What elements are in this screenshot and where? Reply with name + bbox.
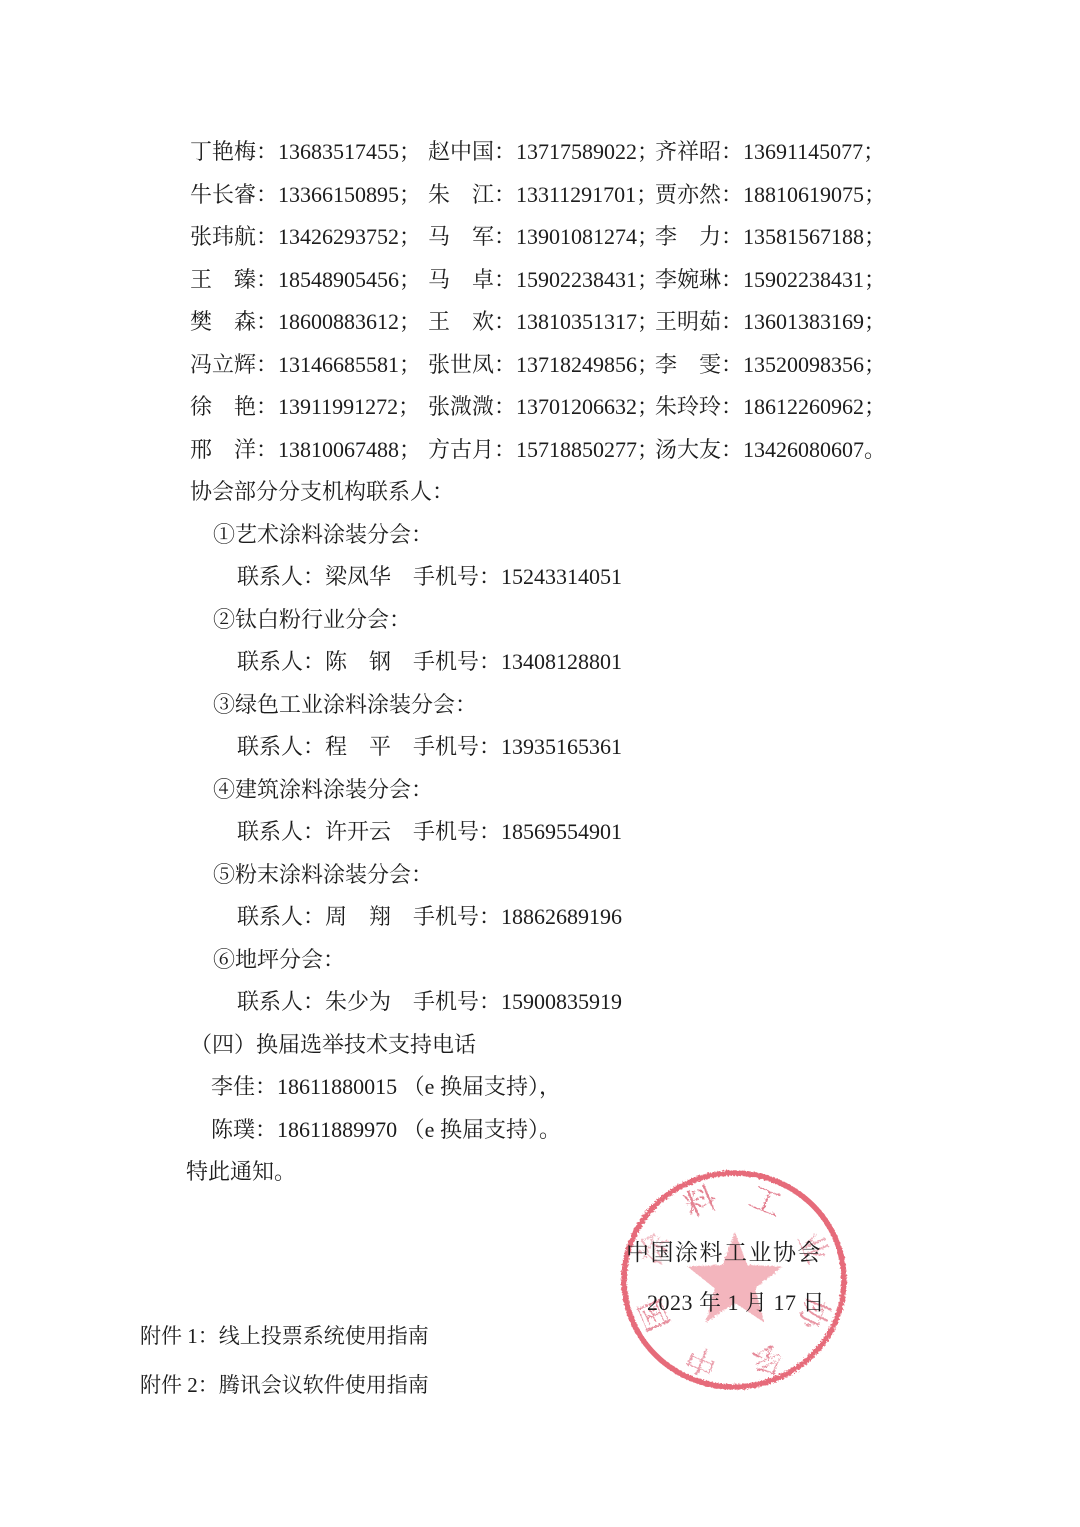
closing-note: 特此通知。 (0, 1151, 1080, 1194)
association-seal: 中国涂料工业协会 (617, 1166, 851, 1396)
branch-title: ②钛白粉行业分会： (0, 599, 1080, 642)
branch-title: ⑥地坪分会： (0, 939, 1080, 982)
branch-contact: 联系人：朱少为 手机号：15900835919 (0, 981, 1080, 1024)
contact-entry: 齐祥昭：13691145077； (655, 131, 895, 174)
contact-entry: 张溦溦：13701206632； (428, 386, 655, 429)
branch-title: ③绿色工业涂料涂装分会： (0, 684, 1080, 727)
contact-entry: 李婉琳：15902238431； (655, 259, 895, 302)
contact-entry: 樊 森：18600883612； (190, 301, 428, 344)
branch-title: ⑤粉末涂料涂装分会： (0, 854, 1080, 897)
contact-entry: 朱玲玲：18612260962； (655, 386, 895, 429)
contact-entry: 贾亦然：18810619075； (655, 174, 895, 217)
contact-entry: 张世凤：13718249856； (428, 344, 655, 387)
contact-entry: 汤大友：13426080607。 (655, 429, 895, 472)
branch-contact: 联系人：周 翔 手机号：18862689196 (0, 896, 1080, 939)
attachment-item: 附件 1：线上投票系统使用指南 (140, 1312, 429, 1361)
attachments: 附件 1：线上投票系统使用指南附件 2：腾讯会议软件使用指南 (140, 1312, 429, 1410)
branch-contact: 联系人：许开云 手机号：18569554901 (0, 811, 1080, 854)
contact-entry: 李 雯：13520098356； (655, 344, 895, 387)
support-entry: 陈璞：18611889970 （e 换届支持）。 (0, 1109, 1080, 1152)
contact-entry: 方古月：15718850277； (428, 429, 655, 472)
branch-contact: 联系人：程 平 手机号：13935165361 (0, 726, 1080, 769)
contact-entry: 牛长睿：13366150895； (190, 174, 428, 217)
branch-title: ④建筑涂料涂装分会： (0, 769, 1080, 812)
branch-intro: 协会部分分支机构联系人： (0, 471, 1080, 514)
contact-entry: 徐 艳：13911991272； (190, 386, 428, 429)
contact-entry: 王 臻：18548905456； (190, 259, 428, 302)
contact-entry: 张玮航：13426293752； (190, 216, 428, 259)
contact-entry: 朱 江：13311291701； (428, 174, 655, 217)
branch-contact: 联系人：陈 钢 手机号：13408128801 (0, 641, 1080, 684)
support-heading: （四）换届选举技术支持电话 (0, 1024, 1080, 1067)
contact-entry: 冯立辉：13146685581； (190, 344, 428, 387)
document-body: 协会部分分支机构联系人：①艺术涂料涂装分会：联系人：梁凤华 手机号：152433… (0, 471, 1080, 1194)
contact-entry: 李 力：13581567188； (655, 216, 895, 259)
contact-entry: 马 军：13901081274； (428, 216, 655, 259)
contact-entry: 王明茹：13601383169； (655, 301, 895, 344)
contact-entry: 王 欢：13810351317； (428, 301, 655, 344)
support-entry: 李佳：18611880015 （e 换届支持）， (0, 1066, 1080, 1109)
contact-entry: 邢 洋：13810067488； (190, 429, 428, 472)
contact-entry: 赵中国：13717589022； (428, 131, 655, 174)
contact-entry: 丁艳梅：13683517455； (190, 131, 428, 174)
branch-title: ①艺术涂料涂装分会： (0, 514, 1080, 557)
branch-contact: 联系人：梁凤华 手机号：15243314051 (0, 556, 1080, 599)
attachment-item: 附件 2：腾讯会议软件使用指南 (140, 1361, 429, 1410)
contact-list: 丁艳梅：13683517455；赵中国：13717589022；齐祥昭：1369… (190, 131, 895, 471)
signature-date: 2023 年 1 月 17 日 (647, 1286, 825, 1317)
contact-entry: 马 卓：15902238431； (428, 259, 655, 302)
signature-org: 中国涂料工业协会 (626, 1234, 822, 1267)
document-page: 丁艳梅：13683517455；赵中国：13717589022；齐祥昭：1369… (0, 0, 1080, 1527)
